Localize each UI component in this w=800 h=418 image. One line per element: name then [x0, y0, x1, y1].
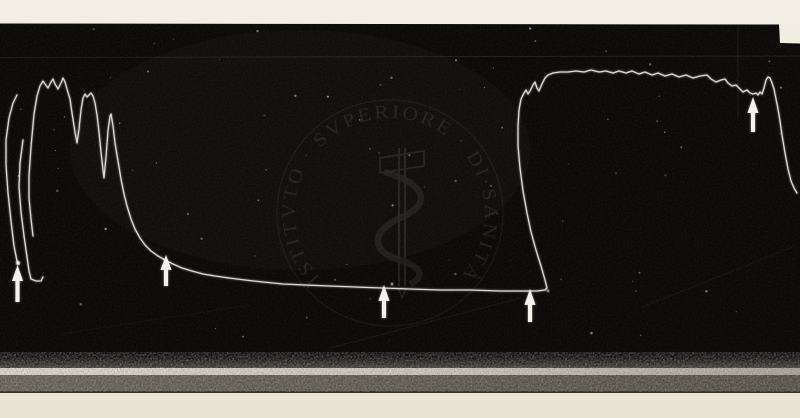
film-grain — [0, 23, 800, 392]
photo-of-recorder-trace: ISTITVTO · SVPERIORE · DI·SANITÀ — [0, 0, 800, 418]
trace-photo-svg: ISTITVTO · SVPERIORE · DI·SANITÀ — [0, 0, 800, 418]
film-edge-bands — [0, 352, 800, 393]
band-grain-dark — [0, 360, 800, 392]
